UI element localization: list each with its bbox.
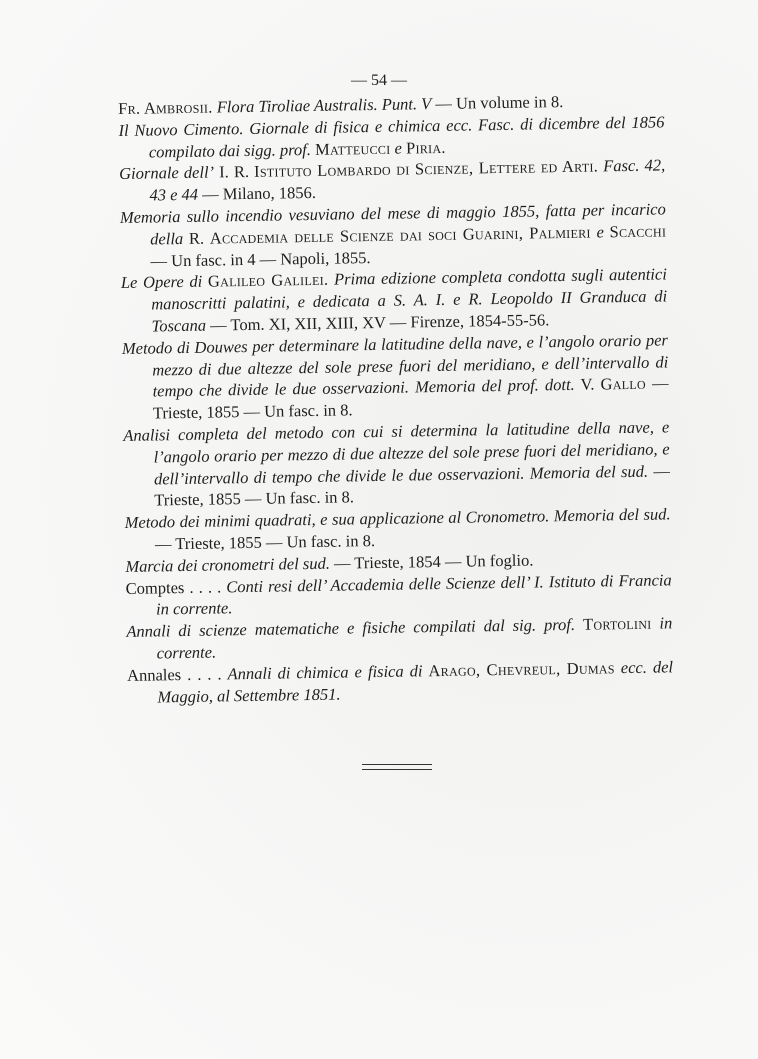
- entry-text: — Trieste, 1855 — Un fasc. in 8.: [155, 531, 375, 553]
- entry-text: R.: [183, 228, 210, 247]
- title-text: Le Opere di: [121, 272, 203, 292]
- author-name: Istituto Lombardo di Scienze, Lettere ed…: [254, 157, 598, 181]
- author-name: Matteucci: [315, 138, 391, 158]
- entry-text: Annales . . . .: [127, 664, 228, 685]
- author-name: Scacchi: [609, 221, 666, 241]
- author-name: Gallo: [600, 374, 646, 394]
- entry-text: Comptes . . . .: [126, 577, 227, 598]
- entry-text: — Un fasc. in 4 — Napoli, 1855.: [150, 248, 370, 270]
- title-text: Marcia dei cronometri del sud.: [125, 553, 330, 575]
- title-text: e: [591, 222, 610, 241]
- bibliography-entry: Analisi completa del metodo con cui si d…: [123, 416, 670, 512]
- bibliography-entry: Memoria sullo incendio vesuviano del mes…: [120, 198, 667, 272]
- author-name: Fr. Ambrosii.: [118, 98, 213, 118]
- title-text: Conti resi dell’ Accademia delle Scienze…: [156, 570, 672, 619]
- author-name: Accademia delle Scienze dai soci Guarini…: [210, 222, 591, 247]
- author-name: Tortolini: [583, 614, 652, 634]
- double-rule-separator: [362, 764, 432, 770]
- bibliography-entry: Le Opere di Galileo Galilei. Prima edizi…: [121, 264, 668, 338]
- title-text: Flora Tiroliae Australis. Punt. V: [217, 94, 432, 116]
- bibliography-entry: Annales . . . . Annali di chimica e fisi…: [127, 656, 674, 708]
- entry-text: V.: [575, 375, 601, 394]
- entry-text: — Tom. XI, XII, XIII, XV — Firenze, 1854…: [206, 310, 550, 334]
- entry-text: — Milano, 1856.: [198, 183, 316, 204]
- page-number: — 54 —: [0, 72, 758, 90]
- author-name: Galileo Galilei.: [208, 270, 329, 291]
- title-text: Giornale dell’: [119, 163, 214, 183]
- title-text: Annali di chimica e fisica di: [227, 661, 422, 683]
- title-text: e: [390, 138, 406, 157]
- scanned-page: — 54 — Fr. Ambrosii. Flora Tiroliae Aust…: [0, 0, 758, 1059]
- author-name: Arago, Chevreul, Dumas: [428, 658, 615, 680]
- bibliography-list: Fr. Ambrosii. Flora Tiroliae Australis. …: [118, 89, 674, 708]
- bibliography-entry: Metodo di Douwes per determinare la lati…: [122, 329, 669, 425]
- entry-text: I. R.: [214, 162, 254, 182]
- entry-text: — Un volume in 8.: [431, 92, 563, 113]
- entry-text: — Trieste, 1854 — Un foglio.: [330, 550, 534, 572]
- author-name: Piria.: [406, 137, 446, 157]
- title-text: Analisi completa del metodo con cui si d…: [123, 417, 670, 488]
